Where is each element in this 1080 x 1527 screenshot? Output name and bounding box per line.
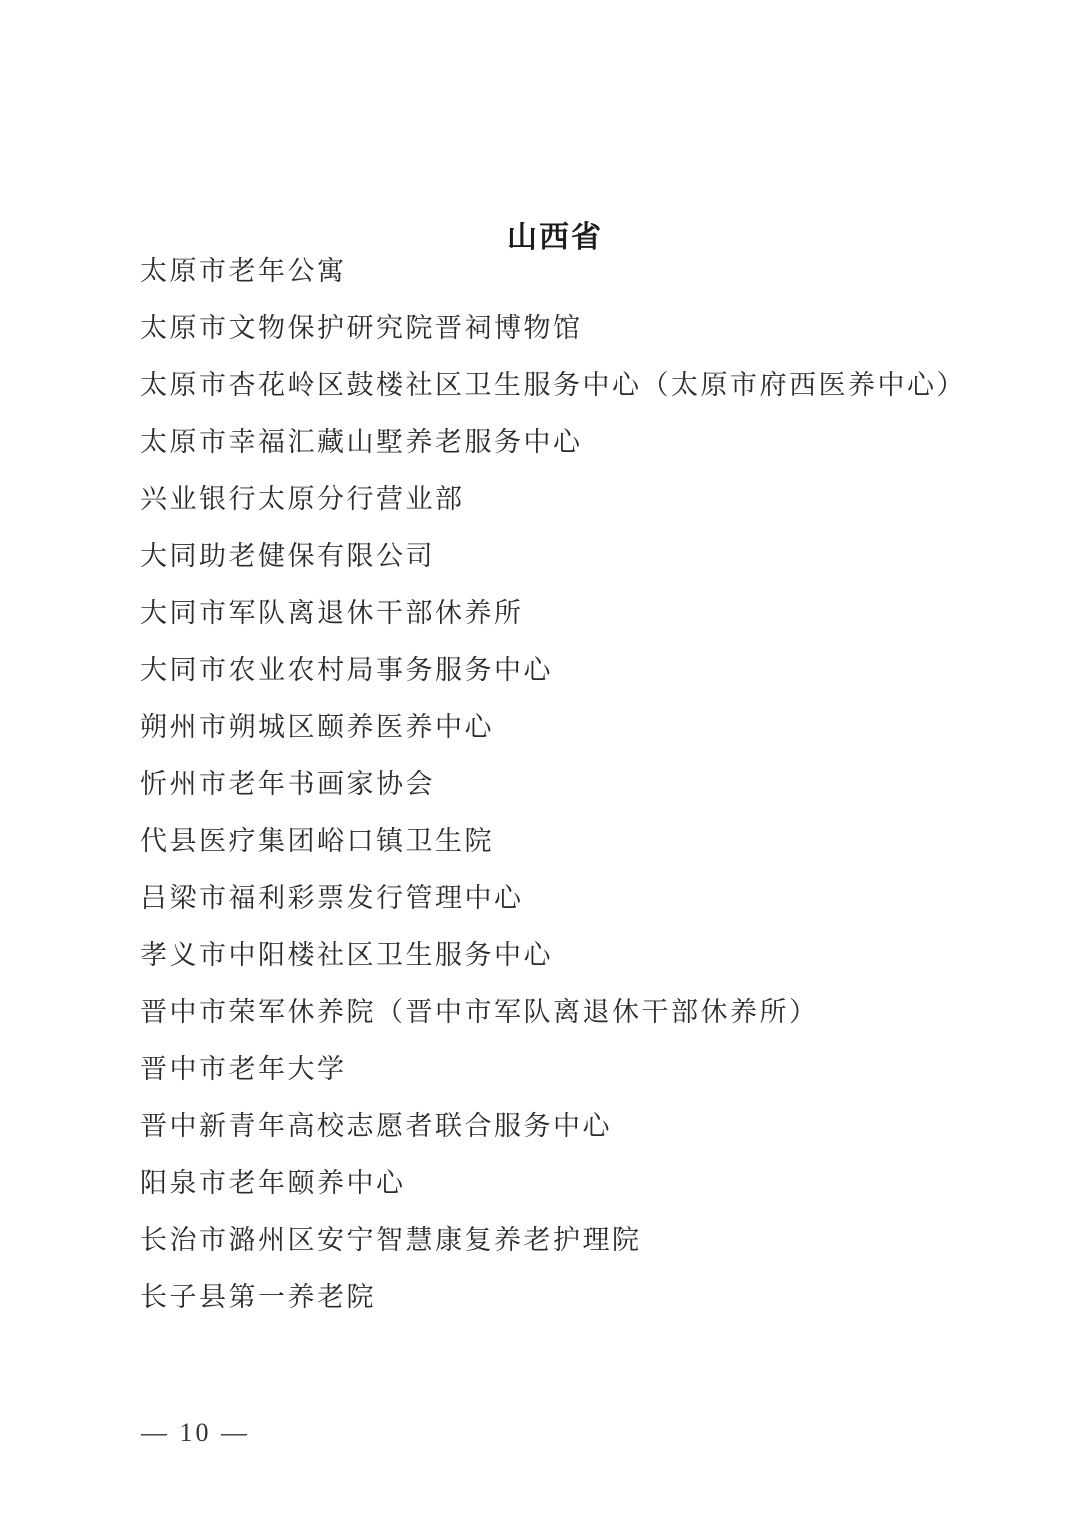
document-page: 山西省 太原市老年公寓太原市文物保护研究院晋祠博物馆太原市杏花岭区鼓楼社区卫生服…	[0, 0, 1080, 1527]
list-item: 大同市农业农村局事务服务中心	[140, 642, 1040, 699]
list-item: 吕梁市福利彩票发行管理中心	[140, 870, 1040, 927]
org-list: 太原市老年公寓太原市文物保护研究院晋祠博物馆太原市杏花岭区鼓楼社区卫生服务中心（…	[140, 243, 1040, 1326]
list-item: 代县医疗集团峪口镇卫生院	[140, 813, 1040, 870]
list-item: 朔州市朔城区颐养医养中心	[140, 699, 1040, 756]
list-item: 阳泉市老年颐养中心	[140, 1155, 1040, 1212]
page-number: — 10 —	[141, 1417, 250, 1449]
list-item: 太原市文物保护研究院晋祠博物馆	[140, 300, 1040, 357]
list-item: 太原市幸福汇藏山墅养老服务中心	[140, 414, 1040, 471]
list-item: 大同助老健保有限公司	[140, 528, 1040, 585]
list-item: 长子县第一养老院	[140, 1269, 1040, 1326]
list-item: 孝义市中阳楼社区卫生服务中心	[140, 927, 1040, 984]
list-item: 晋中市荣军休养院（晋中市军队离退休干部休养所）	[140, 984, 1040, 1041]
list-item: 兴业银行太原分行营业部	[140, 471, 1040, 528]
list-item: 太原市老年公寓	[140, 243, 1040, 300]
list-item: 晋中市老年大学	[140, 1041, 1040, 1098]
list-item: 大同市军队离退休干部休养所	[140, 585, 1040, 642]
list-item: 忻州市老年书画家协会	[140, 756, 1040, 813]
list-item: 太原市杏花岭区鼓楼社区卫生服务中心（太原市府西医养中心）	[140, 357, 1040, 414]
list-item: 晋中新青年高校志愿者联合服务中心	[140, 1098, 1040, 1155]
list-item: 长治市潞州区安宁智慧康复养老护理院	[140, 1212, 1040, 1269]
